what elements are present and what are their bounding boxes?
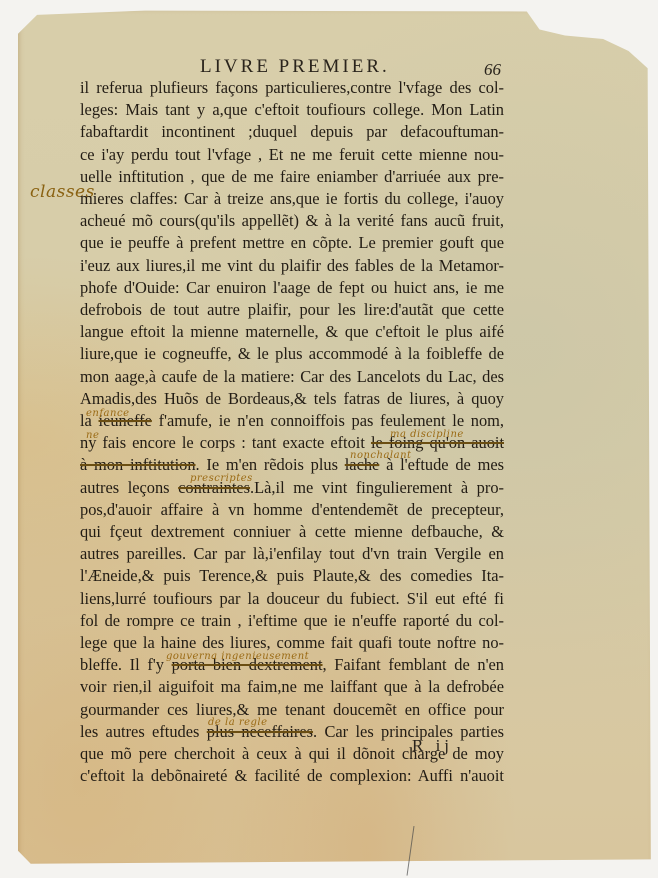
text-line: Amadis,des Huõs de Bordeaus,& tels fatra… [80,388,504,410]
text-line: mieres claffes: Car à treize ans,que ie … [80,188,504,210]
annotation-ne: ne [86,425,99,447]
text-line: i'euz aux liures,il me vint du plaifir d… [80,255,504,277]
running-head: LIVRE PREMIER. [200,56,390,78]
text-line: defrobois de tout autre plaifir, pour le… [80,299,504,321]
text-line: pos,d'auoir affaire à vn homme d'entende… [80,499,504,521]
text-line: acheué mõ cours(qu'ils appellẽt) & à la … [80,210,504,232]
text-line: ce i'ay perdu tout l'vfage , Et ne me fe… [80,144,504,166]
text-line: fabaftardit incontinent ;duquel depuis p… [80,121,504,143]
text-line-annotated: prescriptes autres leçons contraintes.Là… [80,477,504,499]
text-line-annotated: gouverna ingenieusement bleffe. Il f'y p… [80,654,504,676]
annotation-de-la-regle: de la regle [208,712,268,734]
annotation-ma-discipline: ma discipline [390,424,464,446]
text-line: qui fçeut dextrement conniuer à cette mi… [80,521,504,543]
text-line: fol de rompre ce train , i'eftime que ie… [80,610,504,632]
text-line: uelle inftitution , que de me faire enia… [80,166,504,188]
text-line-annotated: ne ma discipline ny fais encore le corps… [80,432,504,454]
body-text: il referua plufieurs façons particuliere… [80,77,504,788]
text-line: voir rien,il aiguifoit ma faim,ne me lai… [80,676,504,698]
text-line: gourmander ces liures,& me tenant doucem… [80,699,504,721]
text-line: phofe d'Ouide: Car enuiron l'aage de fep… [80,277,504,299]
text-line: liure,que ie cogneuffe, & le plus accomm… [80,343,504,365]
signature-mark: R ij [412,736,453,756]
annotation-nonchalant: nonchalant [350,445,412,467]
annotation-gouverna: gouverna ingenieusement [166,646,309,668]
text-line: autres pareilles. Car par là,i'enfilay t… [80,543,504,565]
text-line: que ie peuffe à prefent mettre en cõpte.… [80,232,504,254]
annotation-prescriptes: prescriptes [190,468,253,490]
text-line: liens,lurré toufiours par la douceur du … [80,588,504,610]
text-line: langue eftoit la mienne maternelle, & qu… [80,321,504,343]
annotation-enfance: enfance [86,403,129,425]
text-line: c'eftoit la debõnaireté & facilité de co… [80,765,504,787]
text-line: l'Æneide,& puis Terence,& puis Plaute,& … [80,565,504,587]
text-line-annotated: nonchalant à mon inftitution. Ie m'en rẽ… [80,454,504,476]
struck-text: à mon inftitution [80,455,196,474]
text-line: leges: Mais tant y a,que c'eftoit toufio… [80,99,504,121]
text-line: mon aage,à caufe de la matiere: Car des … [80,366,504,388]
text-line: il referua plufieurs façons particuliere… [80,77,504,99]
